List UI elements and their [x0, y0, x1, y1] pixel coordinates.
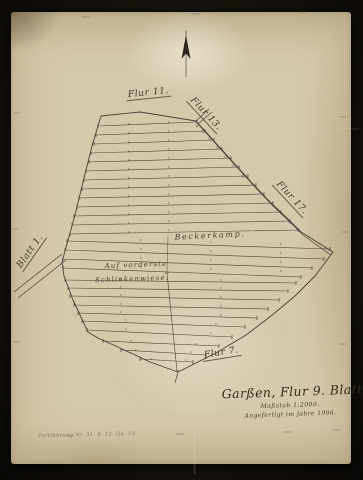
parcel-strip-lines [63, 122, 330, 371]
title-block: Garßen, Flur 9. Blatt 2. Maßstab 1:2000.… [221, 382, 358, 421]
margin-registration-ticks [12, 12, 348, 436]
scanned-map-photo: Flur 11. Flur 13. Flur 17. Flur 7. Blatt… [0, 0, 363, 480]
parcel-number-marks [120, 122, 282, 360]
north-arrow-icon [182, 30, 191, 77]
field-block-boundary [14, 109, 333, 383]
